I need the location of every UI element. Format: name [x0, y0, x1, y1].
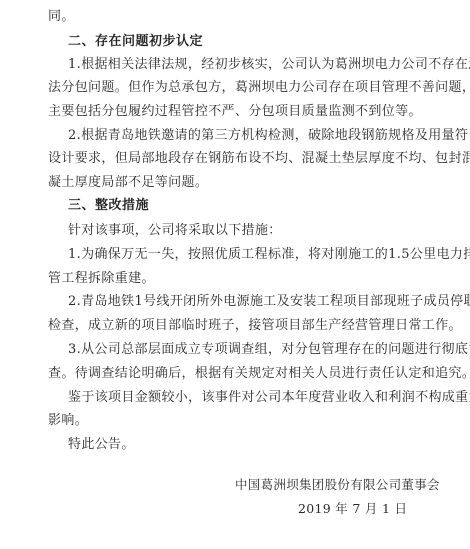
body-text-line: 2.青岛地铁1号线开闭所外电源施工及安装工程项目部现班子成员停职: [68, 294, 428, 310]
body-text-line: 查。待调查结论明确后，根据有关规定对相关人员进行责任认定和追究。: [48, 366, 428, 382]
body-text-line: 影响。: [48, 413, 428, 429]
body-text-line: 设计要求，但局部地段存在钢筋布设不均、混凝土垫层厚度不均、包封混: [48, 151, 428, 167]
body-text-line: 特此公告。: [68, 437, 428, 453]
body-text-line: 鉴于该项目金额较小，该事件对公司本年度营业收入和利润不构成重大: [68, 390, 428, 406]
signature-date: 2019 年 7 月 1 日: [298, 501, 407, 517]
signature-company: 中国葛洲坝集团股份有限公司董事会: [235, 477, 440, 493]
announcement-page: 同。二、存在问题初步认定1.根据相关法律法规，经初步核实，公司认为葛洲坝电力公司…: [0, 0, 470, 549]
section-heading: 三、整改措施: [68, 198, 428, 214]
body-text-line: 针对该事项，公司将采取以下措施：: [68, 223, 428, 239]
body-text-line: 2.根据青岛地铁邀请的第三方机构检测，破除地段钢筋规格及用量符合: [68, 128, 428, 144]
body-text-line: 3.从公司总部层面成立专项调查组，对分包管理存在的问题进行彻底调: [68, 342, 428, 358]
body-text-line: 主要包括分包履约过程管控不严、分包项目质量监测不到位等。: [48, 104, 428, 120]
body-text-line: 1.为确保万无一失，按照优质工程标准，将对刚施工的1.5公里电力排: [68, 247, 428, 263]
body-text-line: 检查，成立新的项目部临时班子，接管项目部生产经营管理日常工作。: [48, 318, 428, 334]
body-text-line: 凝土厚度局部不足等问题。: [48, 175, 428, 191]
body-text-line: 管工程拆除重建。: [48, 271, 428, 287]
body-text-line: 1.根据相关法律法规，经初步核实，公司认为葛洲坝电力公司不存在违: [68, 57, 428, 73]
body-text-line: 同。: [48, 9, 428, 25]
body-text-line: 法分包问题。但作为总承包方，葛洲坝电力公司存在项目管理不善问题，: [48, 80, 428, 96]
section-heading: 二、存在问题初步认定: [68, 34, 428, 50]
